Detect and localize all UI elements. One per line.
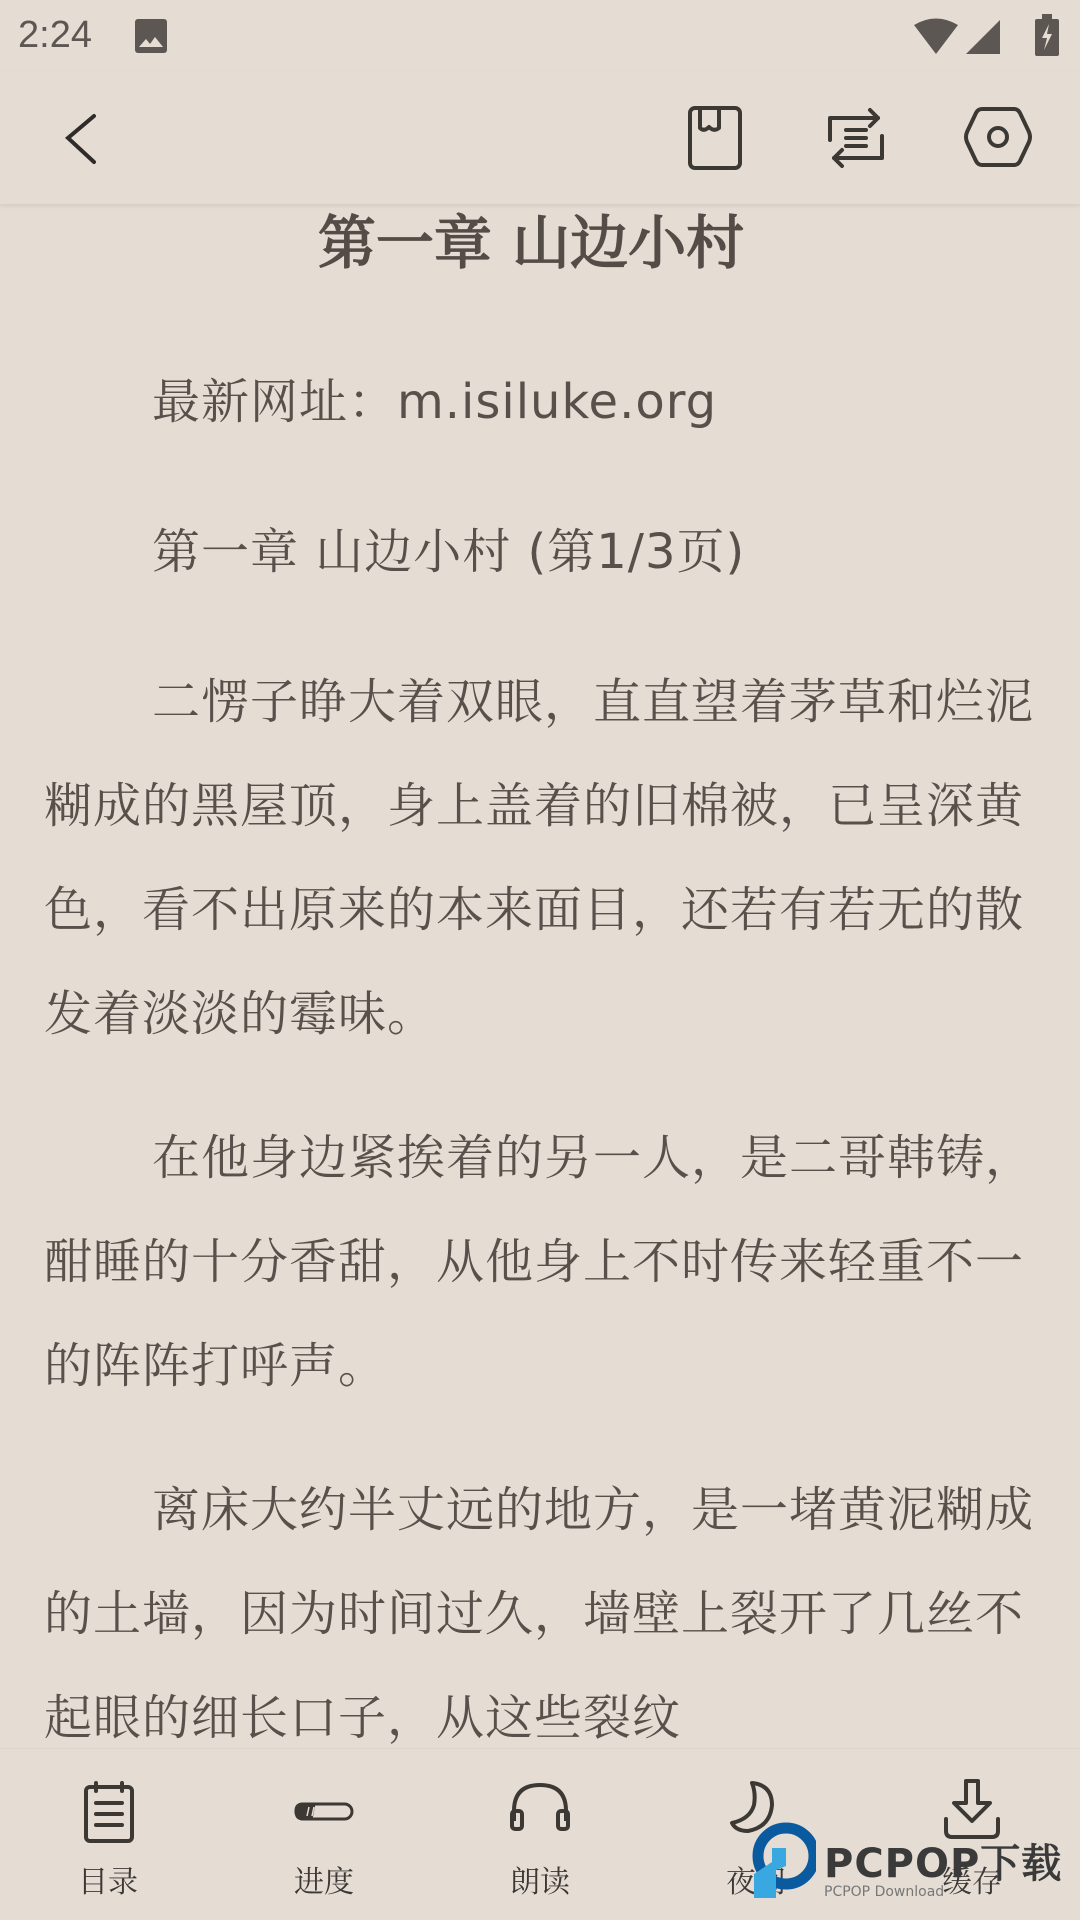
progress-icon — [294, 1779, 354, 1845]
read-aloud-button[interactable]: 朗读 — [432, 1749, 648, 1920]
paragraph: 二愣子睁大着双眼，直直望着茅草和烂泥糊成的黑屋顶，身上盖着的旧棉被，已呈深黄色，… — [44, 650, 1040, 1066]
wifi-icon — [913, 16, 959, 54]
signal-icon — [965, 18, 1001, 54]
pcpop-logo-icon — [746, 1818, 816, 1898]
bookmark-icon[interactable] — [686, 104, 746, 170]
headphones-icon — [510, 1779, 570, 1845]
catalog-button[interactable]: 目录 — [0, 1749, 216, 1920]
progress-label: 进度 — [216, 1857, 432, 1901]
back-icon[interactable] — [54, 108, 114, 168]
reader-content[interactable]: 第一章 山边小村 最新网址：m.isiluke.org 第一章 山边小村 (第1… — [0, 204, 1080, 1748]
watermark-sub: PCPOP Download — [824, 1884, 944, 1900]
url-line: 最新网址：m.isiluke.org — [44, 350, 1040, 454]
status-time: 2:24 — [18, 14, 92, 57]
paragraph: 离床大约半丈远的地方，是一堵黄泥糊成的土墙，因为时间过久，墙壁上裂开了几丝不起眼… — [44, 1458, 1040, 1748]
chapter-title: 第一章 山边小村 — [0, 204, 1062, 280]
read-aloud-label: 朗读 — [432, 1857, 648, 1901]
status-bar: 2:24 — [0, 0, 1080, 72]
pcpop-watermark: PCPOP下载 PCPOP Download — [746, 1818, 1080, 1918]
settings-icon[interactable] — [964, 106, 1032, 168]
gallery-icon — [134, 18, 168, 54]
watermark-brand: PCPOP下载 — [824, 1832, 1062, 1889]
switch-source-icon[interactable] — [826, 106, 886, 168]
catalog-label: 目录 — [0, 1857, 216, 1901]
reader-toolbar — [0, 72, 1080, 204]
progress-button[interactable]: 进度 — [216, 1749, 432, 1920]
battery-charging-icon — [1035, 14, 1059, 56]
subtitle-line: 第一章 山边小村 (第1/3页) — [44, 500, 1040, 604]
catalog-icon — [78, 1779, 138, 1845]
paragraph: 在他身边紧挨着的另一人，是二哥韩铸，酣睡的十分香甜，从他身上不时传来轻重不一的阵… — [44, 1106, 1040, 1418]
